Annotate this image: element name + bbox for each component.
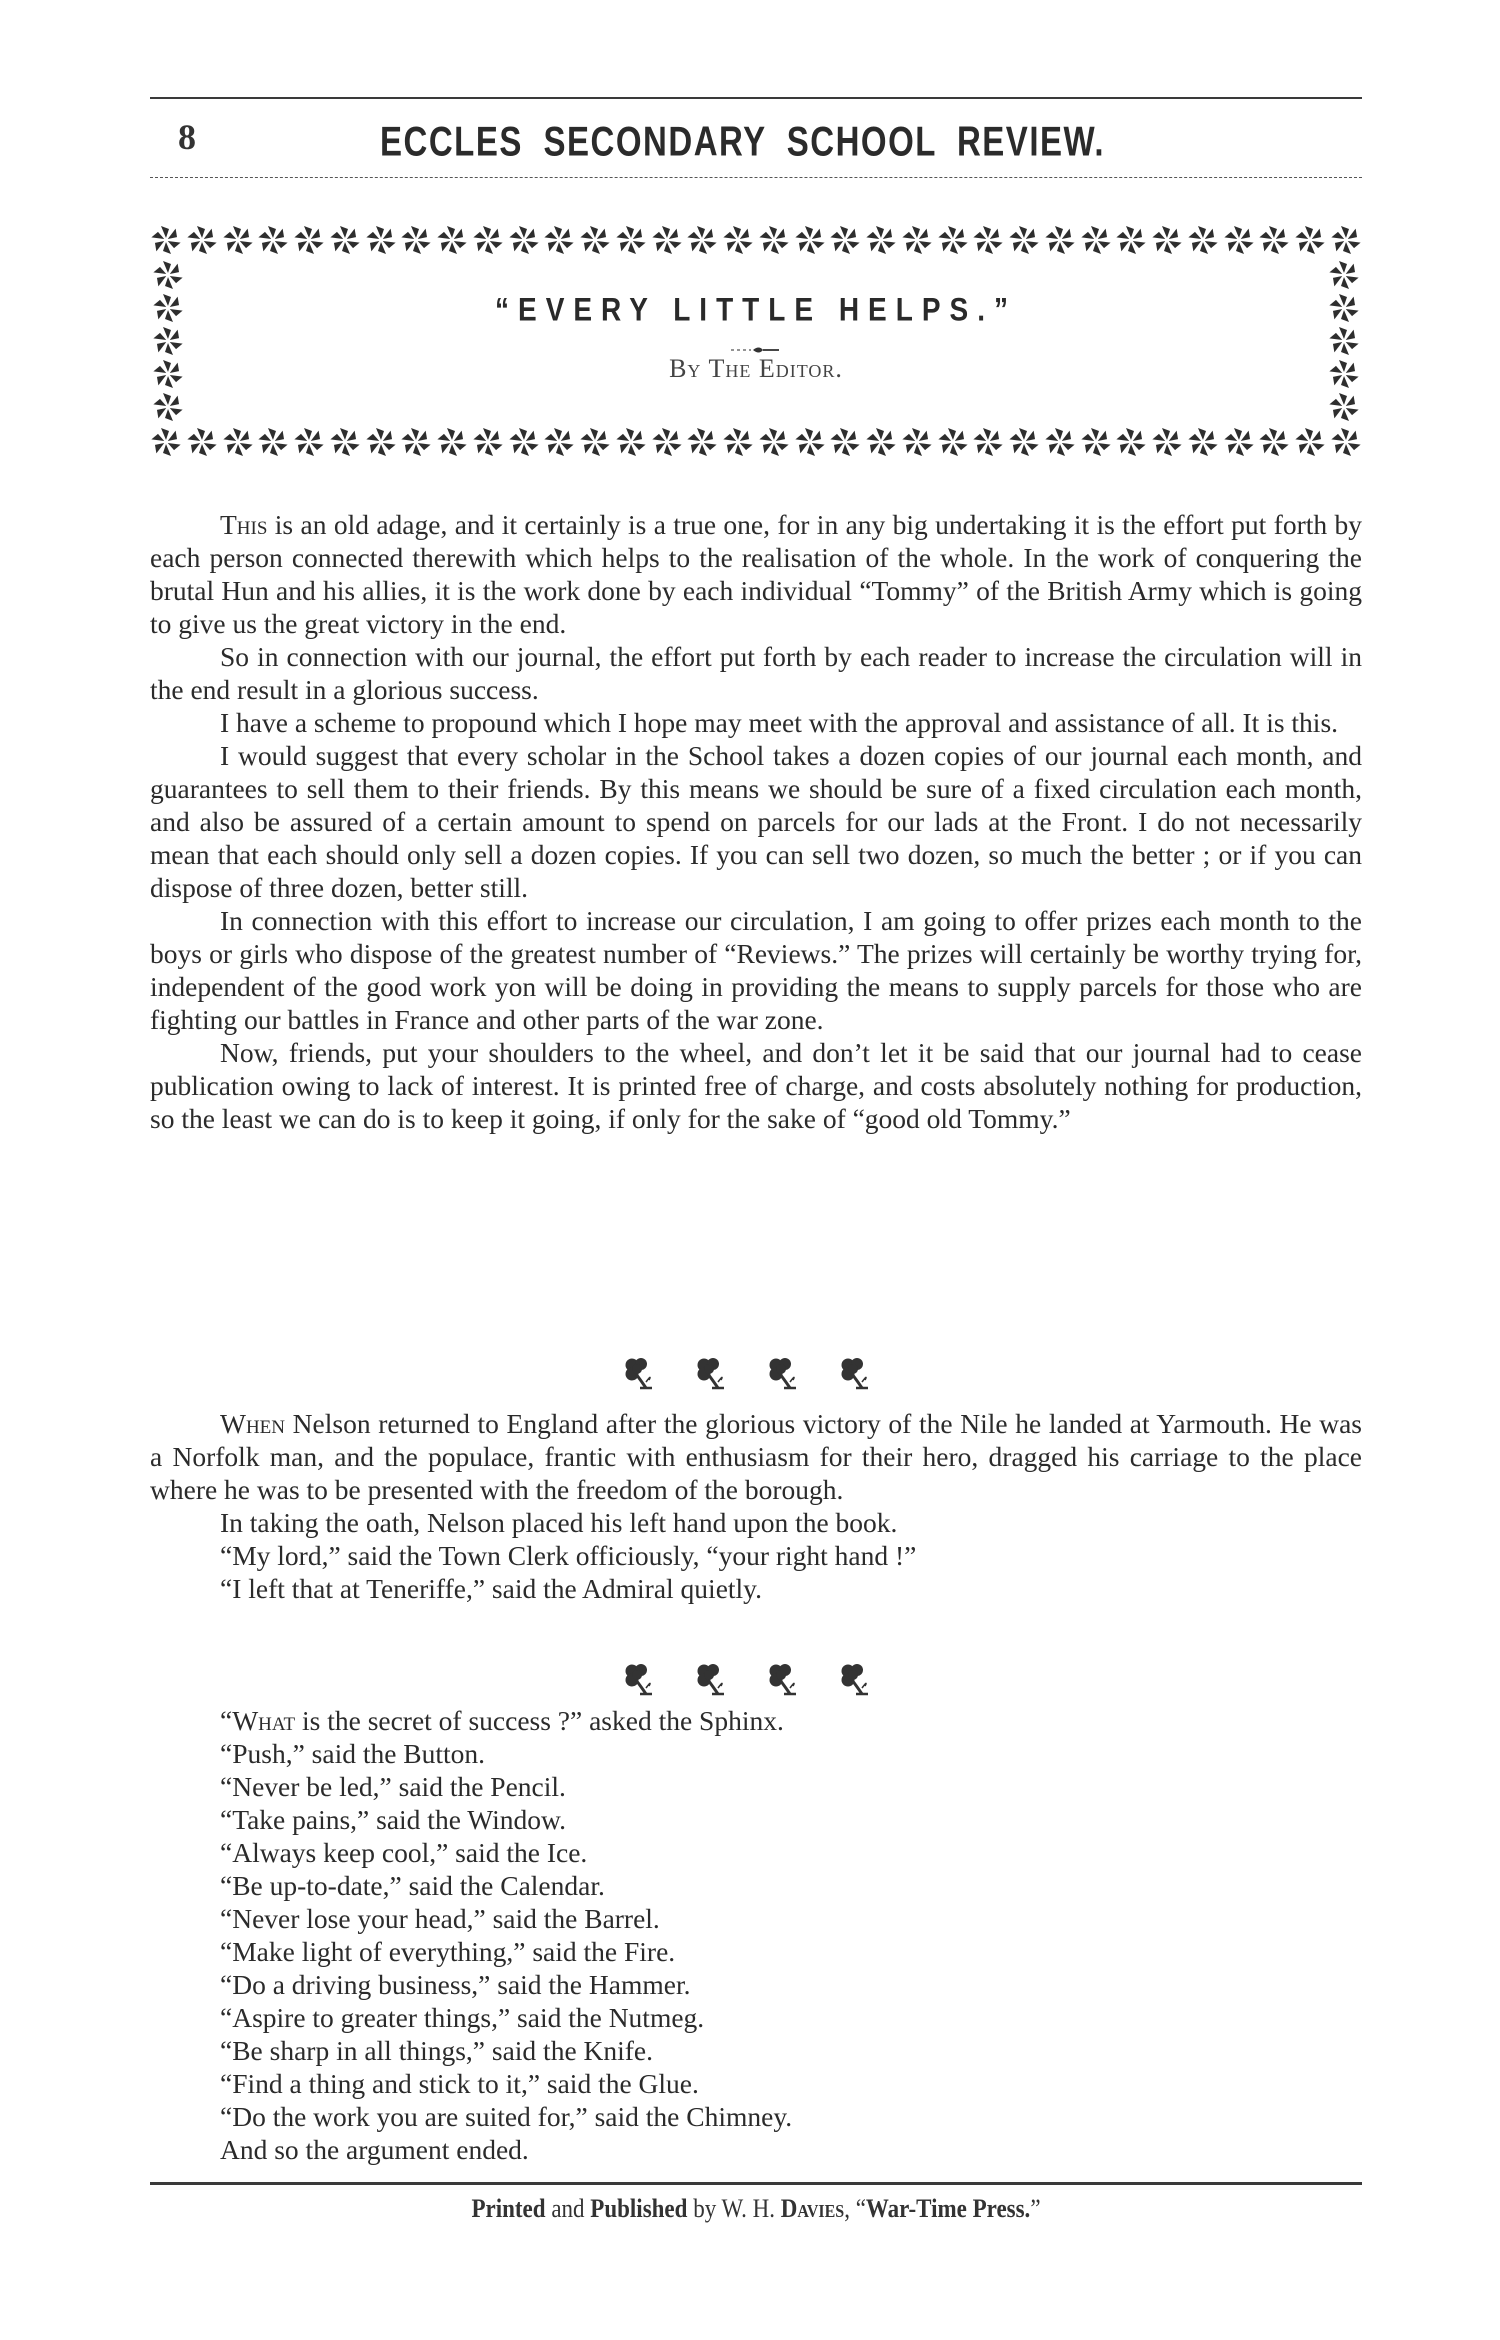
footer-rule (150, 2182, 1362, 2185)
star-ornament-icon (865, 224, 897, 256)
dialogue-line: “Push,” said the Button. (150, 1737, 1362, 1770)
star-ornament-icon (186, 224, 218, 256)
star-ornament-icon (901, 426, 933, 458)
star-ornament-icon (508, 426, 540, 458)
dialogue-line: “Always keep cool,” said the Ice. (150, 1836, 1362, 1869)
star-ornament-icon (1008, 224, 1040, 256)
header-bottom-rule (150, 177, 1362, 178)
star-ornament-icon (1151, 426, 1183, 458)
star-ornament-icon (1080, 224, 1112, 256)
star-ornament-icon (1115, 426, 1147, 458)
star-ornament-icon (152, 259, 184, 291)
shamrock-icon (838, 1356, 872, 1392)
imprint-printer-name: Davies (781, 2194, 844, 2223)
star-ornament-icon (1330, 426, 1362, 458)
star-ornament-icon (615, 224, 647, 256)
star-ornament-icon (1008, 426, 1040, 458)
paragraph-text: is the secret of success ?” asked the Sp… (295, 1705, 784, 1736)
star-ornament-icon (1294, 224, 1326, 256)
star-ornament-icon (1330, 224, 1362, 256)
page-number: 8 (178, 116, 196, 158)
star-ornament-icon (579, 426, 611, 458)
star-ornament-icon (686, 224, 718, 256)
star-ornament-icon (686, 426, 718, 458)
star-ornament-icon (472, 224, 504, 256)
paragraph: “I left that at Teneriffe,” said the Adm… (150, 1572, 1362, 1605)
star-ornament-icon (937, 224, 969, 256)
imprint-sep: , “ (844, 2194, 866, 2223)
editorial-body: This is an old adage, and it certainly i… (150, 508, 1362, 1135)
paragraph: In connection with this effort to increa… (150, 904, 1362, 1036)
star-ornament-icon (1328, 391, 1360, 423)
paragraph-text: Now, friends, put your shoulders to the … (150, 1037, 1362, 1134)
star-ornament-icon (152, 391, 184, 423)
star-ornament-icon (1258, 426, 1290, 458)
star-ornament-icon (651, 426, 683, 458)
star-ornament-icon (150, 224, 182, 256)
star-ornament-icon (543, 224, 575, 256)
star-border-right (1326, 258, 1362, 424)
star-ornament-icon (150, 426, 182, 458)
dialogue-line: “Aspire to greater things,” said the Nut… (150, 2001, 1362, 2034)
star-border-bottom (150, 424, 1362, 460)
star-ornament-icon (865, 426, 897, 458)
star-ornament-icon (543, 426, 575, 458)
star-ornament-icon (400, 224, 432, 256)
star-ornament-icon (1187, 224, 1219, 256)
printer-imprint: Printed and Published by W. H. Davies, “… (150, 2194, 1362, 2224)
star-ornament-icon (1328, 259, 1360, 291)
star-ornament-icon (1187, 426, 1219, 458)
paragraph: I have a scheme to propound which I hope… (150, 706, 1362, 739)
star-ornament-icon (436, 224, 468, 256)
paragraph-lead-word: What (232, 1705, 295, 1736)
paragraph-text: In taking the oath, Nelson placed his le… (220, 1507, 897, 1538)
star-border-left (150, 258, 186, 424)
star-ornament-icon (1044, 426, 1076, 458)
star-ornament-icon (1080, 426, 1112, 458)
header-top-rule (150, 97, 1362, 99)
dialogue-line: “What is the secret of success ?” asked … (150, 1704, 1362, 1737)
star-ornament-icon (365, 224, 397, 256)
paragraph: Now, friends, put your shoulders to the … (150, 1036, 1362, 1135)
paragraph: I would suggest that every scholar in th… (150, 739, 1362, 904)
star-ornament-icon (222, 426, 254, 458)
star-ornament-icon (1294, 426, 1326, 458)
star-ornament-icon (222, 224, 254, 256)
sphinx-dialogue: “What is the secret of success ?” asked … (150, 1704, 1362, 2166)
star-ornament-icon (329, 224, 361, 256)
flourish-icon (150, 342, 1362, 352)
star-ornament-icon (794, 224, 826, 256)
paragraph-text: is an old adage, and it certainly is a t… (150, 509, 1362, 639)
paragraph-text: Nelson returned to England after the glo… (150, 1408, 1362, 1505)
paragraph-text: So in connection with our journal, the e… (150, 641, 1362, 705)
dialogue-line: And so the argument ended. (150, 2133, 1362, 2166)
article-title: “EVERY LITTLE HELPS.” (150, 292, 1362, 329)
star-ornament-icon (758, 426, 790, 458)
dialogue-line: “Take pains,” said the Window. (150, 1803, 1362, 1836)
star-ornament-icon (1115, 224, 1147, 256)
star-ornament-icon (972, 224, 1004, 256)
imprint-press-name: War-Time Press. (866, 2194, 1030, 2223)
dialogue-line: “Never lose your head,” said the Barrel. (150, 1902, 1362, 1935)
imprint-and: and (546, 2194, 591, 2223)
star-ornament-icon (972, 426, 1004, 458)
paragraph: This is an old adage, and it certainly i… (150, 508, 1362, 640)
imprint-by: by W. H. (687, 2194, 780, 2223)
star-ornament-icon (937, 426, 969, 458)
paragraph: So in connection with our journal, the e… (150, 640, 1362, 706)
star-ornament-icon (257, 426, 289, 458)
shamrock-icon (622, 1356, 656, 1392)
shamrock-icon (838, 1662, 872, 1698)
star-ornament-icon (615, 426, 647, 458)
article-byline: By The Editor. (150, 354, 1362, 384)
nelson-anecdote: When Nelson returned to England after th… (150, 1407, 1362, 1605)
star-ornament-icon (722, 224, 754, 256)
star-ornament-icon (1258, 224, 1290, 256)
star-ornament-icon (329, 426, 361, 458)
star-ornament-icon (1044, 224, 1076, 256)
star-ornament-icon (758, 224, 790, 256)
star-ornament-icon (472, 426, 504, 458)
paragraph-lead-word: When (220, 1408, 285, 1439)
star-ornament-icon (1223, 426, 1255, 458)
star-ornament-icon (508, 224, 540, 256)
star-ornament-icon (1151, 224, 1183, 256)
star-ornament-icon (186, 426, 218, 458)
open-quote: “ (220, 1705, 232, 1736)
star-border-top (150, 222, 1362, 258)
star-ornament-icon (1223, 224, 1255, 256)
star-ornament-icon (794, 426, 826, 458)
star-ornament-icon (436, 426, 468, 458)
star-ornament-icon (293, 224, 325, 256)
star-ornament-icon (400, 426, 432, 458)
paragraph-text: In connection with this effort to increa… (150, 905, 1362, 1035)
paragraph: “My lord,” said the Town Clerk officious… (150, 1539, 1362, 1572)
imprint-published: Published (590, 2194, 687, 2223)
star-ornament-icon (829, 224, 861, 256)
running-header: 8 ECCLES SECONDARY SCHOOL REVIEW. (150, 112, 1362, 162)
paragraph: In taking the oath, Nelson placed his le… (150, 1506, 1362, 1539)
dialogue-line: “Find a thing and stick to it,” said the… (150, 2067, 1362, 2100)
star-ornament-icon (722, 426, 754, 458)
shamrock-separator (600, 1662, 900, 1698)
dialogue-line: “Never be led,” said the Pencil. (150, 1770, 1362, 1803)
journal-title: ECCLES SECONDARY SCHOOL REVIEW. (380, 118, 1105, 166)
star-ornament-icon (1328, 325, 1360, 357)
shamrock-icon (766, 1356, 800, 1392)
star-ornament-icon (257, 224, 289, 256)
article-title-box: “EVERY LITTLE HELPS.” By The Editor. (150, 222, 1362, 460)
paragraph: When Nelson returned to England after th… (150, 1407, 1362, 1506)
imprint-close: ” (1030, 2194, 1040, 2223)
imprint-printed: Printed (471, 2194, 545, 2223)
shamrock-separator (600, 1356, 900, 1392)
shamrock-icon (694, 1662, 728, 1698)
newsletter-page: 8 ECCLES SECONDARY SCHOOL REVIEW. “EVERY… (0, 0, 1500, 2340)
star-ornament-icon (829, 426, 861, 458)
star-ornament-icon (651, 224, 683, 256)
paragraph-text: I have a scheme to propound which I hope… (220, 707, 1338, 738)
shamrock-icon (622, 1662, 656, 1698)
dialogue-line: “Be sharp in all things,” said the Knife… (150, 2034, 1362, 2067)
dialogue-line: “Be up-to-date,” said the Calendar. (150, 1869, 1362, 1902)
paragraph-lead-word: This (220, 509, 267, 540)
star-ornament-icon (579, 224, 611, 256)
dialogue-line: “Do a driving business,” said the Hammer… (150, 1968, 1362, 2001)
paragraph-text: “My lord,” said the Town Clerk officious… (220, 1540, 916, 1571)
star-ornament-icon (365, 426, 397, 458)
dialogue-line: “Do the work you are suited for,” said t… (150, 2100, 1362, 2133)
paragraph-text: I would suggest that every scholar in th… (150, 740, 1362, 903)
shamrock-icon (694, 1356, 728, 1392)
star-ornament-icon (152, 325, 184, 357)
star-ornament-icon (293, 426, 325, 458)
paragraph-text: “I left that at Teneriffe,” said the Adm… (220, 1573, 762, 1604)
dialogue-line: “Make light of everything,” said the Fir… (150, 1935, 1362, 1968)
star-ornament-icon (901, 224, 933, 256)
shamrock-icon (766, 1662, 800, 1698)
